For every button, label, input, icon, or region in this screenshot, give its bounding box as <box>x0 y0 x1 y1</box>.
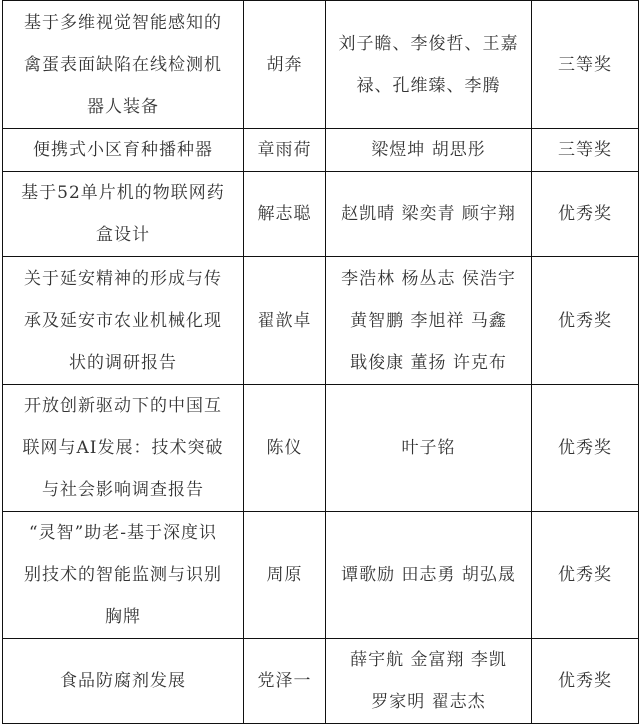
members-cell: 李浩林 杨丛志 侯浩宇 黄智鹏 李旭祥 马鑫 戢俊康 董扬 许克布 <box>326 257 532 385</box>
members-cell: 谭歌励 田志勇 胡弘晟 <box>326 512 532 639</box>
leader-name: 解志聪 <box>258 204 312 224</box>
members-cell: 叶子铭 <box>326 385 532 512</box>
members-cell: 薛宇航 金富翔 李凯 罗家明 翟志杰 <box>326 639 532 724</box>
members-cell: 刘子瞻、李俊哲、王嘉 禄、孔维臻、李腾 <box>326 1 532 129</box>
table-row: 食品防腐剂发展 党泽一 薛宇航 金富翔 李凯 罗家明 翟志杰 优秀奖 <box>3 639 639 724</box>
award-cell: 三等奖 <box>532 1 639 129</box>
project-title-line: 联网与AI发展：技术突破 <box>7 427 239 469</box>
leader-cell: 章雨荷 <box>244 129 326 172</box>
leader-name: 章雨荷 <box>258 140 312 160</box>
award-cell: 优秀奖 <box>532 385 639 512</box>
table-row: 基于52单片机的物联网药 盒设计 解志聪 赵凯晴 梁奕青 顾宇翔 优秀奖 <box>3 172 639 257</box>
members-line: 薛宇航 金富翔 李凯 <box>330 639 527 681</box>
members-cell: 梁煜坤 胡思彤 <box>326 129 532 172</box>
award-cell: 三等奖 <box>532 129 639 172</box>
leader-cell: 解志聪 <box>244 172 326 257</box>
award-label: 优秀奖 <box>558 671 612 691</box>
leader-cell: 翟歆卓 <box>244 257 326 385</box>
award-cell: 优秀奖 <box>532 172 639 257</box>
table-row: 便携式小区育种播种器 章雨荷 梁煜坤 胡思彤 三等奖 <box>3 129 639 172</box>
table-row: “灵智”助老-基于深度识 别技术的智能监测与识别 胸牌 周原 谭歌励 田志勇 胡… <box>3 512 639 639</box>
members-line: 叶子铭 <box>330 427 527 469</box>
project-title-cell: 基于52单片机的物联网药 盒设计 <box>3 172 244 257</box>
awards-table: 基于多维视觉智能感知的 禽蛋表面缺陷在线检测机 器人装备 胡奔 刘子瞻、李俊哲、… <box>2 0 639 724</box>
members-line: 禄、孔维臻、李腾 <box>330 65 527 107</box>
leader-name: 周原 <box>267 565 303 585</box>
project-title-line: 盒设计 <box>7 214 239 256</box>
award-cell: 优秀奖 <box>532 257 639 385</box>
award-label: 优秀奖 <box>558 565 612 585</box>
members-line: 戢俊康 董扬 许克布 <box>330 342 527 384</box>
project-title-line: 胸牌 <box>7 596 239 638</box>
leader-name: 陈仪 <box>267 438 303 458</box>
project-title-line: 便携式小区育种播种器 <box>7 129 239 171</box>
leader-name: 胡奔 <box>267 55 303 75</box>
leader-cell: 胡奔 <box>244 1 326 129</box>
award-label: 优秀奖 <box>558 204 612 224</box>
members-line: 赵凯晴 梁奕青 顾宇翔 <box>330 193 527 235</box>
leader-cell: 党泽一 <box>244 639 326 724</box>
award-label: 三等奖 <box>558 55 612 75</box>
project-title-line: 关于延安精神的形成与传 <box>7 258 239 300</box>
award-label: 优秀奖 <box>558 311 612 331</box>
project-title-cell: 开放创新驱动下的中国互 联网与AI发展：技术突破 与社会影响调查报告 <box>3 385 244 512</box>
project-title-line: “灵智”助老-基于深度识 <box>7 512 239 554</box>
project-title-cell: 基于多维视觉智能感知的 禽蛋表面缺陷在线检测机 器人装备 <box>3 1 244 129</box>
award-cell: 优秀奖 <box>532 512 639 639</box>
project-title-cell: 便携式小区育种播种器 <box>3 129 244 172</box>
project-title-line: 与社会影响调查报告 <box>7 469 239 511</box>
members-line: 黄智鹏 李旭祥 马鑫 <box>330 300 527 342</box>
members-line: 梁煜坤 胡思彤 <box>330 129 527 171</box>
project-title-cell: 食品防腐剂发展 <box>3 639 244 724</box>
table-row: 开放创新驱动下的中国互 联网与AI发展：技术突破 与社会影响调查报告 陈仪 叶子… <box>3 385 639 512</box>
award-label: 三等奖 <box>558 140 612 160</box>
project-title-line: 基于52单片机的物联网药 <box>7 172 239 214</box>
members-line: 谭歌励 田志勇 胡弘晟 <box>330 554 527 596</box>
project-title-line: 基于多维视觉智能感知的 <box>7 2 239 44</box>
leader-cell: 周原 <box>244 512 326 639</box>
members-line: 李浩林 杨丛志 侯浩宇 <box>330 258 527 300</box>
table-row: 关于延安精神的形成与传 承及延安市农业机械化现 状的调研报告 翟歆卓 李浩林 杨… <box>3 257 639 385</box>
project-title-line: 开放创新驱动下的中国互 <box>7 385 239 427</box>
project-title-line: 状的调研报告 <box>7 342 239 384</box>
project-title-cell: 关于延安精神的形成与传 承及延安市农业机械化现 状的调研报告 <box>3 257 244 385</box>
table-row: 基于多维视觉智能感知的 禽蛋表面缺陷在线检测机 器人装备 胡奔 刘子瞻、李俊哲、… <box>3 1 639 129</box>
project-title-line: 器人装备 <box>7 86 239 128</box>
project-title-line: 食品防腐剂发展 <box>7 660 239 702</box>
project-title-line: 别技术的智能监测与识别 <box>7 554 239 596</box>
award-cell: 优秀奖 <box>532 639 639 724</box>
project-title-cell: “灵智”助老-基于深度识 别技术的智能监测与识别 胸牌 <box>3 512 244 639</box>
leader-name: 翟歆卓 <box>258 311 312 331</box>
leader-name: 党泽一 <box>258 671 312 691</box>
members-line: 刘子瞻、李俊哲、王嘉 <box>330 23 527 65</box>
project-title-line: 承及延安市农业机械化现 <box>7 300 239 342</box>
award-label: 优秀奖 <box>558 438 612 458</box>
leader-cell: 陈仪 <box>244 385 326 512</box>
members-line: 罗家明 翟志杰 <box>330 681 527 723</box>
project-title-line: 禽蛋表面缺陷在线检测机 <box>7 44 239 86</box>
members-cell: 赵凯晴 梁奕青 顾宇翔 <box>326 172 532 257</box>
